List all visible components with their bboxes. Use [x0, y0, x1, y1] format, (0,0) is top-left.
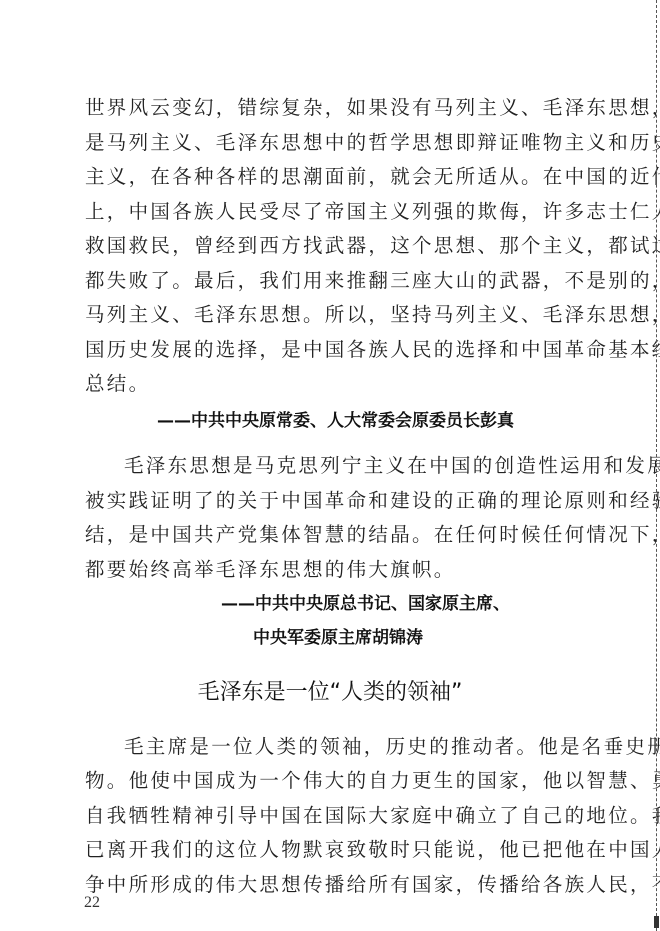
quote2-attribution-line2: 中央军委原主席胡锦涛 — [253, 627, 423, 649]
quote2-attribution-line1: ——中共中央原总书记、国家原主席、 — [221, 593, 510, 615]
quote1-attribution: ——中共中央原常委、人大常委会原委员长彭真 — [157, 410, 514, 432]
quote2-line: 被实践证明了的关于中国革命和建设的正确的理论原则和经验总 — [85, 489, 585, 513]
quote1-line: 都失败了。最后，我们用来推翻三座大山的武器，不是别的，正是 — [85, 269, 585, 293]
section-line: 毛主席是一位人类的领袖，历史的推动者。他是名垂史册的人 — [124, 735, 624, 759]
quote2-line: 毛泽东思想是马克思列宁主义在中国的创造性运用和发展，是 — [124, 454, 624, 478]
quote1-line: 世界风云变幻，错综复杂，如果没有马列主义、毛泽东思想，特别 — [85, 96, 585, 120]
quote1-line: 马列主义、毛泽东思想。所以，坚持马列主义、毛泽东思想，是中 — [85, 303, 585, 327]
quote2-line: 都要始终高举毛泽东思想的伟大旗帜。 — [85, 558, 585, 582]
section-line: 自我牺牲精神引导中国在国际大家庭中确立了自己的地位。我在对 — [85, 804, 585, 828]
section-line: 已离开我们的这位人物默哀致敬时只能说，他已把他在中国人民斗 — [85, 838, 585, 862]
binding-mark — [654, 916, 659, 928]
section-line: 争中所形成的伟大思想传播给所有国家，传播给各族人民，不管他 — [85, 873, 585, 897]
quote1-line: 上，中国各族人民受尽了帝国主义列强的欺侮，许多志士仁人为了 — [85, 200, 585, 224]
section-line: 物。他使中国成为一个伟大的自力更生的国家，他以智慧、勇气和 — [85, 769, 585, 793]
page-binding-edge — [656, 0, 658, 931]
quote1-line: 是马列主义、毛泽东思想中的哲学思想即辩证唯物主义和历史唯物 — [85, 131, 585, 155]
quote1-line: 总结。 — [85, 372, 585, 396]
quote1-line: 主义，在各种各样的思潮面前，就会无所适从。在中国的近代史 — [85, 165, 585, 189]
quote1-line: 国历史发展的选择，是中国各族人民的选择和中国革命基本经验的 — [85, 338, 585, 362]
quote1-line: 救国救民，曾经到西方找武器，这个思想、那个主义，都试过了， — [85, 234, 585, 258]
section-heading: 毛泽东是一位“人类的领袖” — [0, 678, 660, 708]
page-number: 22 — [84, 894, 100, 912]
book-page: 世界风云变幻，错综复杂，如果没有马列主义、毛泽东思想，特别 是马列主义、毛泽东思… — [0, 0, 660, 931]
quote2-line: 结，是中国共产党集体智慧的结晶。在任何时候任何情况下，我们 — [85, 523, 585, 547]
